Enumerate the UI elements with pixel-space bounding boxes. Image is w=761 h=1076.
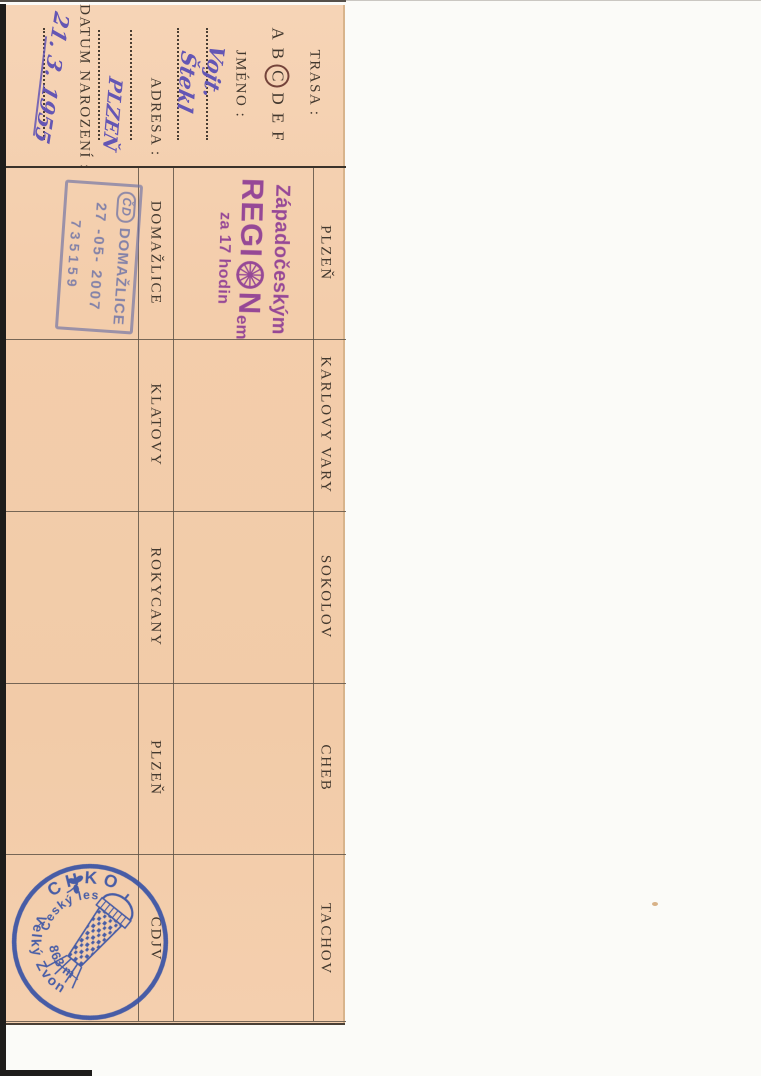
route-letter-d: D [269, 92, 288, 104]
cell-label-plzen-2: PLZEŇ [147, 740, 164, 796]
route-letter-f: F [269, 131, 288, 140]
handwritten-name-line2: Štekl [173, 49, 202, 116]
cd-stamp-station: DOMAŽLICE [109, 227, 133, 326]
row-divider-2 [6, 511, 346, 512]
trasa-label: TRASA : [306, 50, 323, 117]
datum-narozeni-label: DATUM NAROZENÍ : [76, 4, 93, 170]
scan-edge-top-line-right [346, 0, 761, 1]
region-stamp-regi: REGI [233, 178, 271, 259]
jmeno-label: JMÉNO : [232, 50, 249, 118]
region-stamp-em: em [231, 315, 252, 340]
region-event-stamp: Západočeským REGI N em za 17 hodin [212, 175, 293, 343]
region-stamp-n: N [231, 291, 268, 315]
region-stamp-line1: Západočeským [266, 176, 293, 343]
row-divider-3 [6, 683, 346, 684]
scanned-page: TRASA : ABCDEF JMÉNO : ADRESA : DATUM NA… [0, 0, 761, 1076]
cd-stamp-number: 735159 [64, 219, 85, 291]
scan-edge-bottom [0, 1070, 92, 1076]
card-right-edge [343, 5, 345, 1023]
route-letters: ABCDEF [265, 23, 290, 144]
cell-label-karlovy-vary: KARLOVY VARY [317, 356, 334, 494]
header-divider [6, 166, 346, 168]
row-divider-1 [6, 339, 346, 340]
scan-speck [652, 902, 658, 906]
adresa-label: ADRESA : [147, 77, 164, 156]
route-letter-a: A [269, 27, 288, 39]
cell-label-tachov: TACHOV [317, 903, 334, 975]
dotted-line-address-1 [130, 30, 132, 140]
route-letter-e: E [269, 113, 288, 123]
column-divider-3 [313, 168, 314, 1021]
cd-logo: ČD [115, 191, 136, 224]
cell-label-domazlice: DOMAŽLICE [147, 201, 164, 306]
route-letter-b: B [269, 48, 288, 59]
cd-stamp-date: 27 -05- 2007 [85, 202, 110, 312]
cell-label-plzen-1: PLZEŇ [317, 225, 334, 281]
cell-label-sokolov: SOKOLOV [317, 555, 334, 639]
cell-label-cheb: CHEB [317, 744, 334, 791]
row-divider-4 [6, 854, 346, 855]
cell-label-rokycany: ROKYCANY [147, 547, 164, 646]
column-divider-2 [173, 168, 174, 1021]
route-letter-c-circled: C [265, 64, 290, 87]
scan-edge-top-line [0, 0, 346, 2]
wheel-icon [234, 258, 267, 291]
cell-label-klatovy: KLATOVY [147, 383, 164, 466]
cd-station-stamp: ČD DOMAŽLICE 27 -05- 2007 735159 [55, 179, 143, 334]
